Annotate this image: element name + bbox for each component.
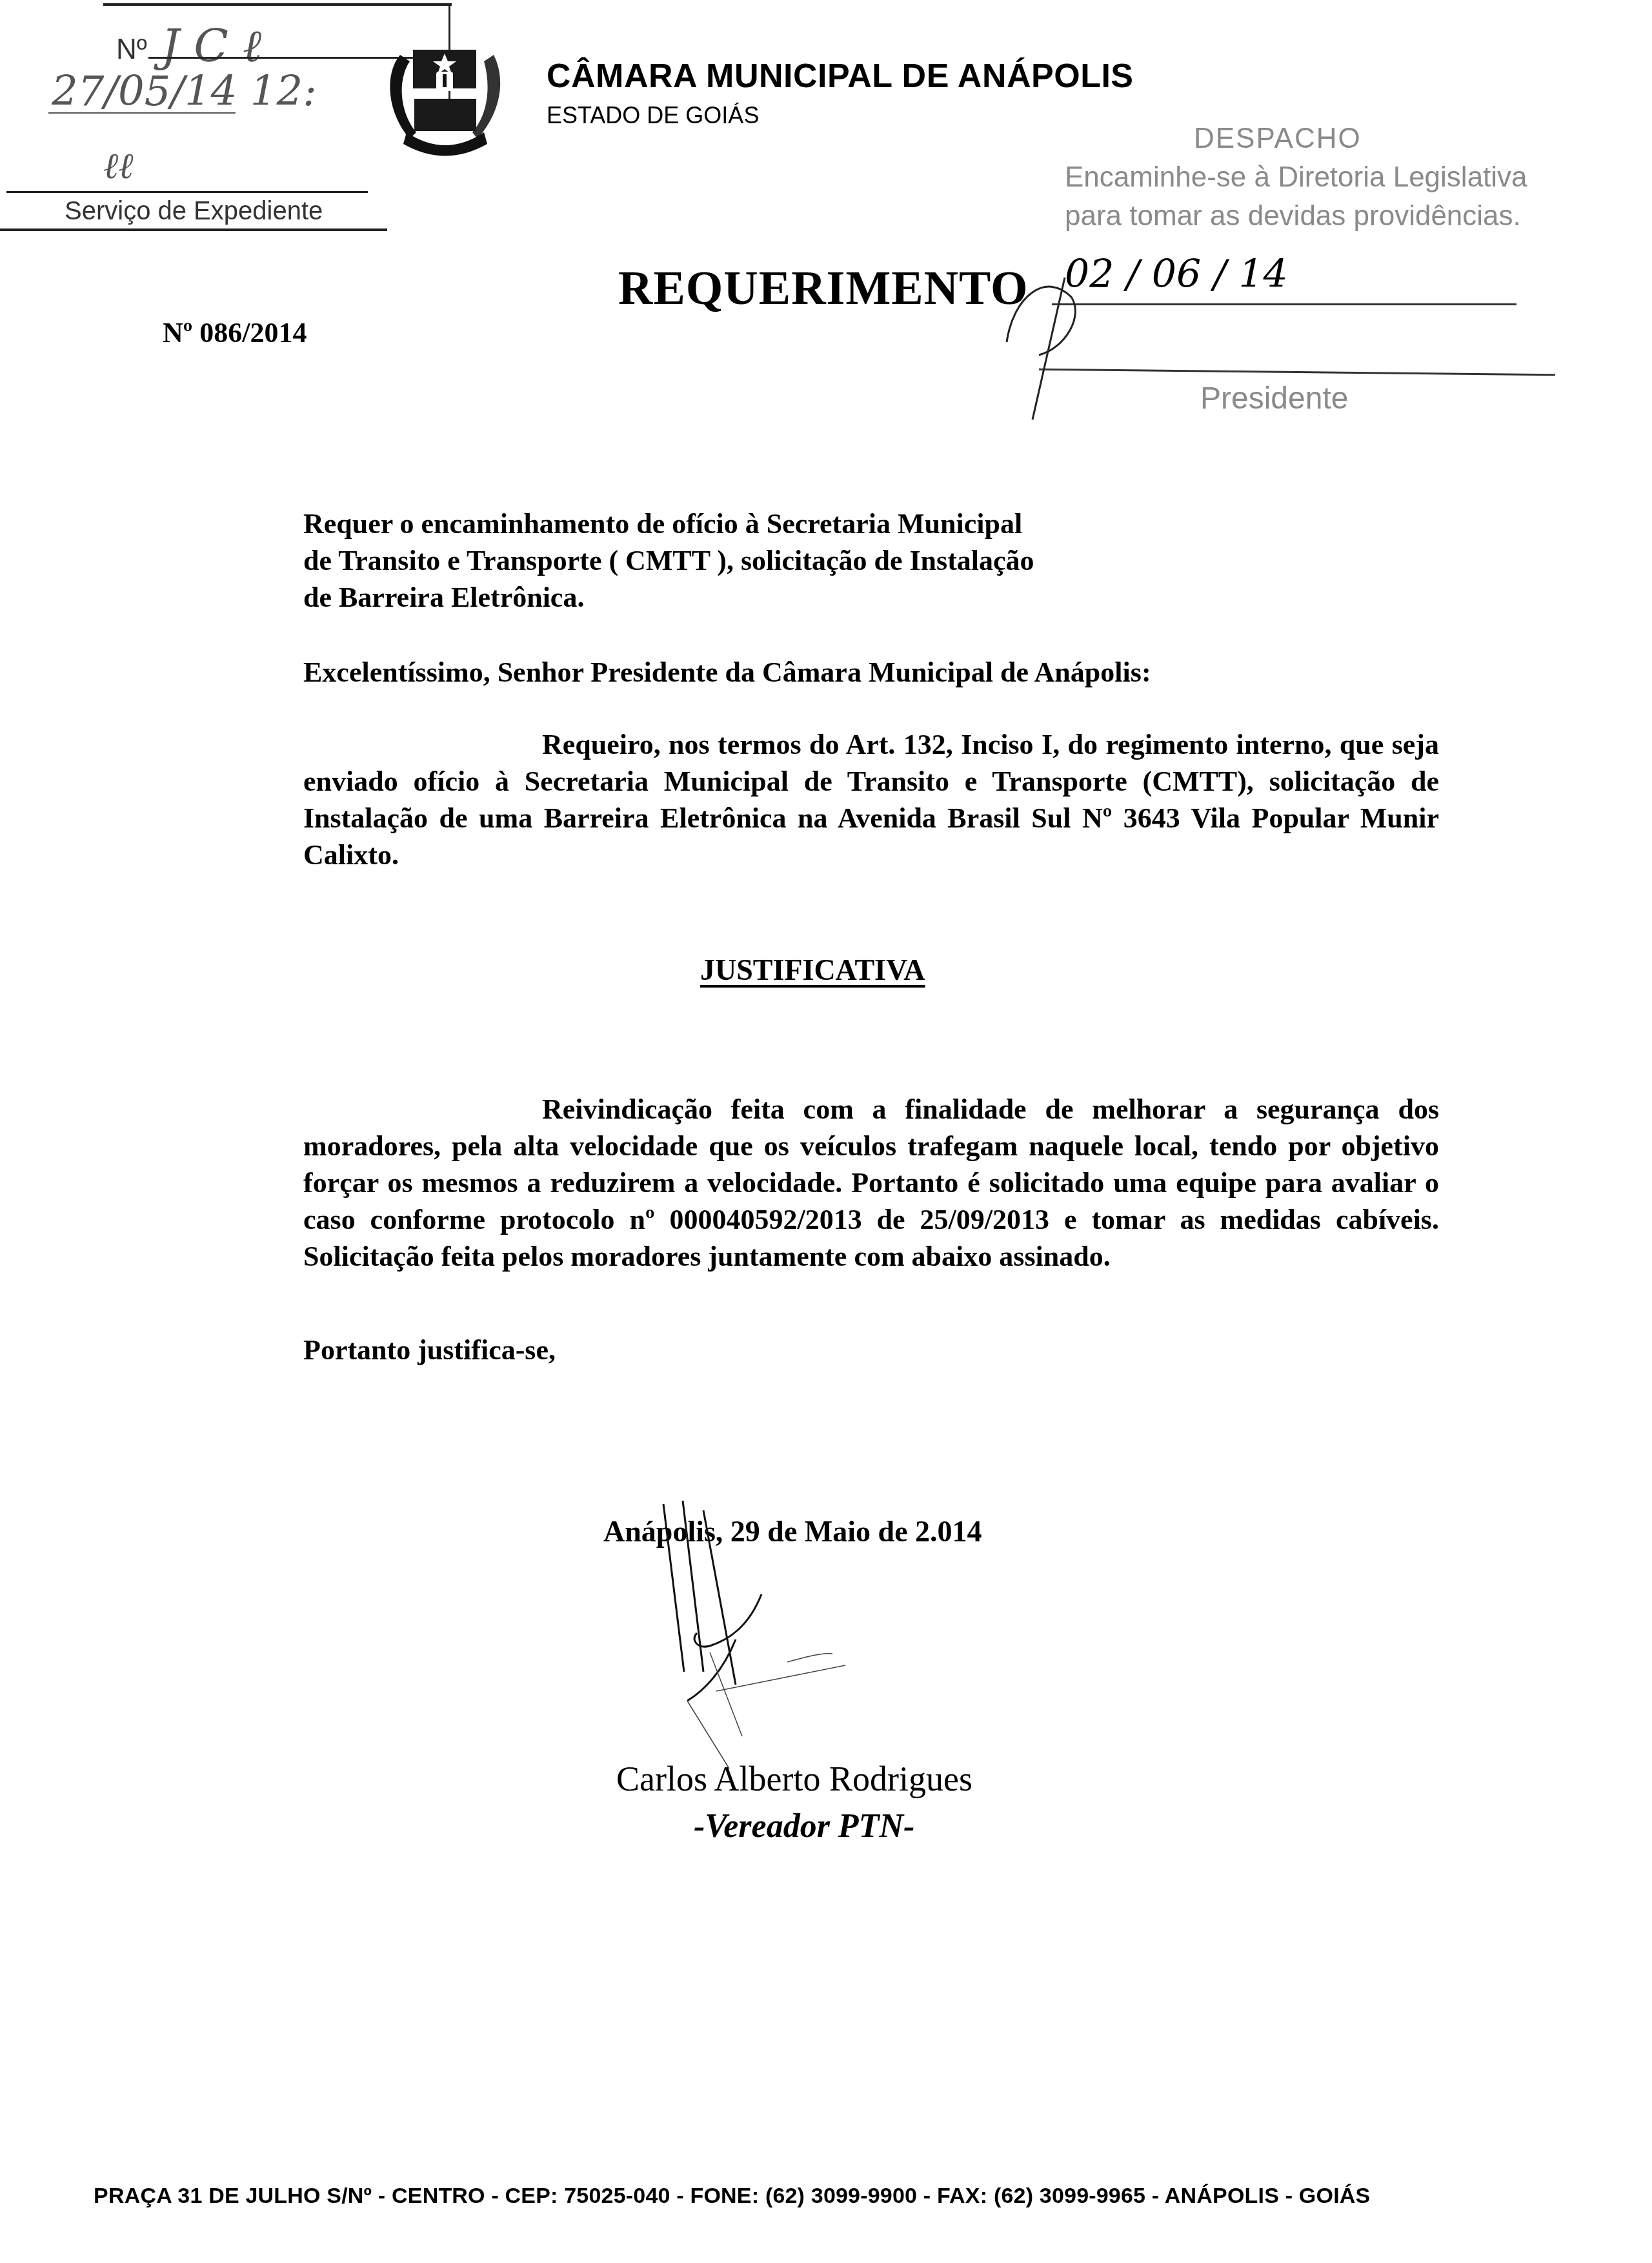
signer-role: -Vereador PTN- (694, 1807, 914, 1845)
document-title: REQUERIMENTO (618, 261, 1029, 316)
stamp-number-rule (148, 57, 419, 59)
signer-name: Carlos Alberto Rodrigues (616, 1759, 972, 1799)
despacho-date-rule (1052, 303, 1516, 305)
despacho-signatory: Presidente (1200, 381, 1348, 416)
stamp-handwritten-date: 27/05/14 12: (52, 68, 317, 116)
request-paragraph-text: Requeiro, nos termos do Art. 132, Inciso… (303, 729, 1439, 871)
stamp-border-bottom (0, 228, 387, 231)
organization-name: CÂMARA MUNICIPAL DE ANÁPOLIS (547, 57, 1134, 96)
stamp-date-rule (48, 112, 236, 114)
justification-paragraph: Reivindicação feita com a finalidade de … (303, 1091, 1439, 1275)
coat-of-arms-icon (381, 36, 510, 165)
despacho-line-2: para tomar as devidas providências. (1065, 200, 1521, 232)
stamp-handwritten-number: J C ℓ (161, 19, 261, 73)
stamp-handwritten-initials: ℓℓ (103, 145, 134, 187)
closing-text: Portanto justifica-se, (303, 1332, 556, 1368)
footer-address: PRAÇA 31 DE JULHO S/Nº - CENTRO - CEP: 7… (94, 2184, 1370, 2209)
document-summary: Requer o encaminhamento de ofício à Secr… (303, 505, 1052, 616)
justification-paragraph-text: Reivindicação feita com a finalidade de … (303, 1093, 1439, 1272)
despacho-handwritten-date: 02 / 06 / 14 (1065, 252, 1288, 297)
document-number: Nº 086/2014 (163, 316, 307, 349)
greeting: Excelentíssimo, Senhor Presidente da Câm… (303, 654, 1151, 691)
despacho-line-1: Encaminhe-se à Diretoria Legislativa (1065, 161, 1527, 194)
organization-state: ESTADO DE GOIÁS (547, 102, 759, 129)
request-paragraph: Requeiro, nos termos do Art. 132, Inciso… (303, 726, 1439, 873)
stamp-number-label: Nº (116, 34, 147, 66)
stamp-department: Serviço de Expediente (65, 197, 323, 226)
despacho-title: DESPACHO (1194, 123, 1362, 155)
justification-heading: JUSTIFICATIVA (700, 953, 925, 987)
stamp-signature-rule (6, 191, 368, 193)
despacho-signature-rule (1039, 369, 1555, 376)
stamp-border-top (103, 3, 452, 6)
signature-icon (632, 1478, 968, 1775)
